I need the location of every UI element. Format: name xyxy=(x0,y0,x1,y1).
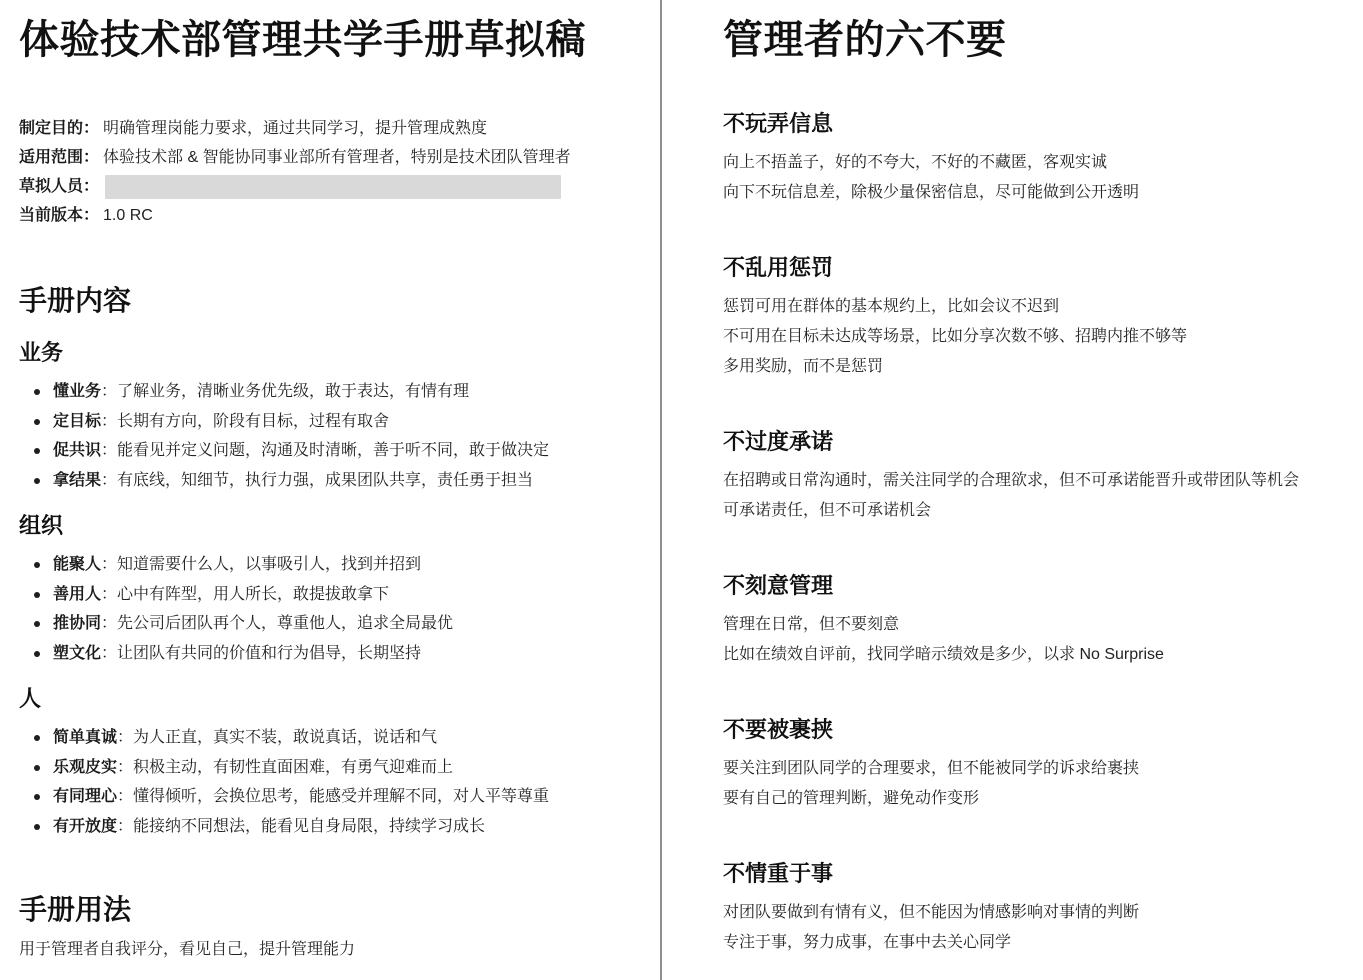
list-item: 懂业务：了解业务，清晰业务优先级，敢于表达，有情有理 xyxy=(19,377,631,407)
section-heading-content: 手册内容 xyxy=(19,284,631,318)
meta-label: 当前版本 xyxy=(19,207,83,224)
dont-section-line: 专注于事，努力成事，在事中去关心同学 xyxy=(723,928,1355,958)
colon-separator: ： xyxy=(101,413,117,430)
meta-row-version: 当前版本：1.0 RC xyxy=(19,201,631,230)
dont-section-line: 比如在绩效自评前，找同学暗示绩效是多少，以求 No Surprise xyxy=(723,640,1355,670)
bullet-desc: 心中有阵型，用人所长，敢提拔敢拿下 xyxy=(117,586,389,603)
dont-section-line: 可承诺责任，但不可承诺机会 xyxy=(723,496,1355,526)
dont-section-title: 不情重于事 xyxy=(723,859,1355,889)
list-item: 能聚人：知道需要什么人，以事吸引人，找到并招到 xyxy=(19,550,631,580)
dont-section-overpromise: 不过度承诺 在招聘或日常沟通时，需关注同学的合理欲求，但不可承诺能晋升或带团队等… xyxy=(723,427,1355,526)
people-list: 简单真诚：为人正直，真实不装，敢说真话，说话和气 乐观皮实：积极主动，有韧性直面… xyxy=(19,723,631,841)
meta-value: 体验技术部 & 智能协同事业部所有管理者，特别是技术团队管理者 xyxy=(103,149,571,166)
bullet-term: 拿结果 xyxy=(53,472,101,489)
list-item: 有开放度：能接纳不同想法，能看见自身局限，持续学习成长 xyxy=(19,812,631,842)
left-doc-title: 体验技术部管理共学手册草拟稿 xyxy=(19,16,631,64)
bullet-term: 简单真诚 xyxy=(53,729,117,746)
left-column: 体验技术部管理共学手册草拟稿 制定目的：明确管理岗能力要求，通过共同学习，提升管… xyxy=(19,0,631,964)
right-column: 管理者的六不要 不玩弄信息 向上不捂盖子，好的不夸大，不好的不藏匿，客观实诚 向… xyxy=(723,0,1355,958)
meta-label: 适用范围 xyxy=(19,149,83,166)
colon-separator: ： xyxy=(117,818,133,835)
bullet-desc: 积极主动，有韧性直面困难，有勇气迎难而上 xyxy=(133,759,453,776)
colon-separator: ： xyxy=(101,383,117,400)
colon-separator: ： xyxy=(83,178,99,195)
colon-separator: ： xyxy=(101,472,117,489)
bullet-term: 有开放度 xyxy=(53,818,117,835)
meta-value: 明确管理岗能力要求，通过共同学习，提升管理成熟度 xyxy=(103,120,487,137)
redacted-names-block xyxy=(105,175,561,199)
usage-text: 用于管理者自我评分，看见自己，提升管理能力 xyxy=(19,935,631,964)
colon-separator: ： xyxy=(101,645,117,662)
bullet-desc: 懂得倾听，会换位思考，能感受并理解不同，对人平等尊重 xyxy=(133,788,549,805)
bullet-term: 有同理心 xyxy=(53,788,117,805)
dont-section-title: 不要被裹挟 xyxy=(723,715,1355,745)
group-heading-business: 业务 xyxy=(19,338,631,368)
bullet-term: 乐观皮实 xyxy=(53,759,117,776)
list-item: 简单真诚：为人正直，真实不装，敢说真话，说话和气 xyxy=(19,723,631,753)
bullet-desc: 能看见并定义问题，沟通及时清晰，善于听不同，敢于做决定 xyxy=(117,442,549,459)
version-value: 1.0 RC xyxy=(103,207,153,224)
meta-label: 草拟人员 xyxy=(19,178,83,195)
dont-section-line: 不可用在目标未达成等场景，比如分享次数不够、招聘内推不够等 xyxy=(723,322,1355,352)
bullet-desc: 让团队有共同的价值和行为倡导，长期坚持 xyxy=(117,645,421,662)
organization-list: 能聚人：知道需要什么人，以事吸引人，找到并招到 善用人：心中有阵型，用人所长，敢… xyxy=(19,550,631,668)
colon-separator: ： xyxy=(83,120,99,137)
colon-separator: ： xyxy=(101,615,117,632)
bullet-term: 促共识 xyxy=(53,442,101,459)
dont-section-line: 要有自己的管理判断，避免动作变形 xyxy=(723,784,1355,814)
meta-row-purpose: 制定目的：明确管理岗能力要求，通过共同学习，提升管理成熟度 xyxy=(19,114,631,143)
colon-separator: ： xyxy=(117,729,133,746)
business-list: 懂业务：了解业务，清晰业务优先级，敢于表达，有情有理 定目标：长期有方向，阶段有… xyxy=(19,377,631,495)
colon-separator: ： xyxy=(101,442,117,459)
bullet-desc: 能接纳不同想法，能看见自身局限，持续学习成长 xyxy=(133,818,485,835)
list-item: 善用人：心中有阵型，用人所长，敢提拔敢拿下 xyxy=(19,580,631,610)
bullet-term: 能聚人 xyxy=(53,556,101,573)
list-item: 推协同：先公司后团队再个人，尊重他人，追求全局最优 xyxy=(19,609,631,639)
list-item: 乐观皮实：积极主动，有韧性直面困难，有勇气迎难而上 xyxy=(19,753,631,783)
meta-label: 制定目的 xyxy=(19,120,83,137)
bullet-term: 定目标 xyxy=(53,413,101,430)
dont-section-line: 向上不捂盖子，好的不夸大，不好的不藏匿，客观实诚 xyxy=(723,148,1355,178)
list-item: 促共识：能看见并定义问题，沟通及时清晰，善于听不同，敢于做决定 xyxy=(19,436,631,466)
list-item: 塑文化：让团队有共同的价值和行为倡导，长期坚持 xyxy=(19,639,631,669)
bullet-desc: 知道需要什么人，以事吸引人，找到并招到 xyxy=(117,556,421,573)
dont-section-title: 不玩弄信息 xyxy=(723,109,1355,139)
list-item: 拿结果：有底线，知细节，执行力强，成果团队共享，责任勇于担当 xyxy=(19,466,631,496)
colon-separator: ： xyxy=(83,149,99,166)
right-doc-title: 管理者的六不要 xyxy=(723,16,1355,64)
dont-section-line: 向下不玩信息差，除极少量保密信息，尽可能做到公开透明 xyxy=(723,178,1355,208)
list-item: 有同理心：懂得倾听，会换位思考，能感受并理解不同，对人平等尊重 xyxy=(19,782,631,812)
colon-separator: ： xyxy=(117,759,133,776)
group-heading-organization: 组织 xyxy=(19,511,631,541)
dont-section-title: 不刻意管理 xyxy=(723,571,1355,601)
bullet-desc: 有底线，知细节，执行力强，成果团队共享，责任勇于担当 xyxy=(117,472,533,489)
dont-section-deliberate: 不刻意管理 管理在日常，但不要刻意 比如在绩效自评前，找同学暗示绩效是多少，以求… xyxy=(723,571,1355,670)
document-page: 体验技术部管理共学手册草拟稿 制定目的：明确管理岗能力要求，通过共同学习，提升管… xyxy=(0,0,1363,980)
dont-section-line: 管理在日常，但不要刻意 xyxy=(723,610,1355,640)
meta-row-drafters: 草拟人员： xyxy=(19,172,631,201)
list-item: 定目标：长期有方向，阶段有目标，过程有取舍 xyxy=(19,407,631,437)
colon-separator: ： xyxy=(101,556,117,573)
dont-section-line: 要关注到团队同学的合理要求，但不能被同学的诉求给裹挟 xyxy=(723,754,1355,784)
group-heading-people: 人 xyxy=(19,684,631,714)
dont-section-title: 不过度承诺 xyxy=(723,427,1355,457)
meta-row-scope: 适用范围：体验技术部 & 智能协同事业部所有管理者，特别是技术团队管理者 xyxy=(19,143,631,172)
dont-section-title: 不乱用惩罚 xyxy=(723,253,1355,283)
bullet-term: 推协同 xyxy=(53,615,101,632)
bullet-desc: 了解业务，清晰业务优先级，敢于表达，有情有理 xyxy=(117,383,469,400)
colon-separator: ： xyxy=(101,586,117,603)
dont-section-hijacked: 不要被裹挟 要关注到团队同学的合理要求，但不能被同学的诉求给裹挟 要有自己的管理… xyxy=(723,715,1355,814)
dont-section-punishment: 不乱用惩罚 惩罚可用在群体的基本规约上，比如会议不迟到 不可用在目标未达成等场景… xyxy=(723,253,1355,382)
colon-separator: ： xyxy=(117,788,133,805)
bullet-desc: 为人正直，真实不装，敢说真话，说话和气 xyxy=(133,729,437,746)
colon-separator: ： xyxy=(83,207,99,224)
dont-section-info: 不玩弄信息 向上不捂盖子，好的不夸大，不好的不藏匿，客观实诚 向下不玩信息差，除… xyxy=(723,109,1355,208)
column-divider xyxy=(660,0,662,980)
bullet-term: 塑文化 xyxy=(53,645,101,662)
bullet-term: 善用人 xyxy=(53,586,101,603)
bullet-desc: 长期有方向，阶段有目标，过程有取舍 xyxy=(117,413,389,430)
dont-section-line: 在招聘或日常沟通时，需关注同学的合理欲求，但不可承诺能晋升或带团队等机会 xyxy=(723,466,1355,496)
dont-section-line: 惩罚可用在群体的基本规约上，比如会议不迟到 xyxy=(723,292,1355,322)
bullet-term: 懂业务 xyxy=(53,383,101,400)
section-heading-usage: 手册用法 xyxy=(19,893,631,927)
dont-section-line: 对团队要做到有情有义，但不能因为情感影响对事情的判断 xyxy=(723,898,1355,928)
dont-section-emotion: 不情重于事 对团队要做到有情有义，但不能因为情感影响对事情的判断 专注于事，努力… xyxy=(723,859,1355,958)
bullet-desc: 先公司后团队再个人，尊重他人，追求全局最优 xyxy=(117,615,453,632)
dont-section-line: 多用奖励，而不是惩罚 xyxy=(723,352,1355,382)
meta-block: 制定目的：明确管理岗能力要求，通过共同学习，提升管理成熟度 适用范围：体验技术部… xyxy=(19,114,631,230)
